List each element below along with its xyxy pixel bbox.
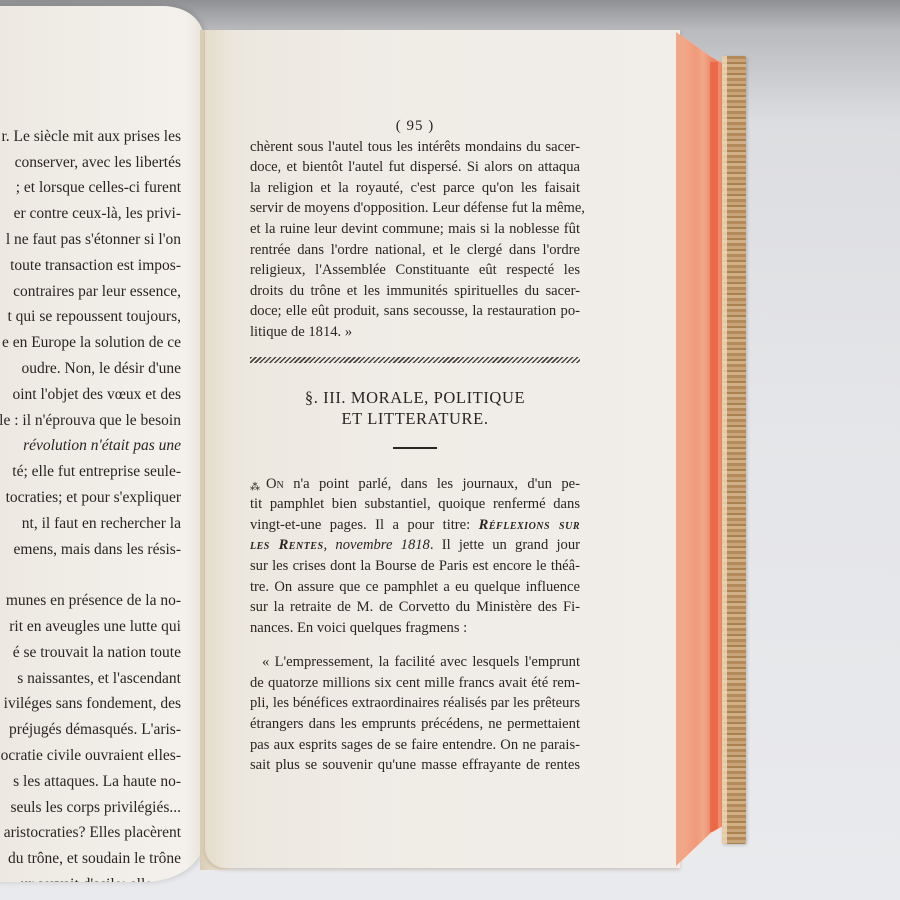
text-line: « L'empressement, la facilité avec lesqu…	[250, 652, 580, 673]
text-line: té; elle fut entreprise seule-	[0, 459, 181, 485]
short-divider-rule	[393, 447, 437, 449]
text-line: préjugés démasqués. L'aris-	[0, 717, 181, 743]
text-line: pas aux esprits sages de se faire entend…	[250, 735, 580, 756]
text-line: rentrée dans l'ordre national, et le cle…	[250, 240, 580, 261]
text-line: emens, mais dans les résis-	[0, 537, 181, 563]
text-line: sait plus se souvenir qu'une masse effra…	[250, 755, 580, 776]
text-line: rit en aveugles une lutte qui	[0, 614, 181, 640]
text-line: aristocraties? Elles placèrent	[0, 820, 181, 846]
text-line: munes en présence de la no-	[0, 588, 181, 614]
section-heading: §. III. Morale, Politique et Litterature…	[250, 387, 580, 429]
text-line: la religion et la royauté, c'est parce q…	[250, 178, 580, 199]
text-line: sur la retraite de M. de Corvetto du Min…	[250, 597, 580, 618]
text-line: seuls les corps privilégiés...	[0, 795, 181, 821]
right-page: ( 95 ) chèrent sous l'autel tous les int…	[205, 30, 680, 868]
right-page-text-block: ( 95 ) chèrent sous l'autel tous les int…	[250, 116, 580, 776]
text-line: tre. On assure que ce pamphlet a eu quel…	[250, 577, 580, 598]
text-line: nt, il faut en rechercher la	[0, 511, 181, 537]
article-paragraph: ⁂On n'a point parlé, dans les journaux, …	[250, 474, 580, 639]
left-page: 94 ) r. Le siècle mit aux prises les con…	[0, 6, 203, 882]
pamphlet-date: , novembre 1818	[324, 537, 430, 553]
text-line: droits du trône et les immunités spiritu…	[250, 281, 580, 302]
text-line-blank	[0, 562, 181, 588]
text-line: et la ruine leur devint commune; mais si…	[250, 219, 580, 240]
text-line: les Rentes, novembre 1818. Il jette un g…	[250, 535, 580, 556]
left-page-text: 94 ) r. Le siècle mit aux prises les con…	[0, 98, 181, 882]
text-line: iviléges sans fondement, des	[0, 691, 181, 717]
text-line: contraires par leur essence,	[0, 279, 181, 305]
text-line: sur les crises dont la Bourse de Paris e…	[250, 556, 580, 577]
text-line: ocratie civile ouvraient elles-	[0, 743, 181, 769]
text-line: doce, et bientôt l'autel fut dispersé. S…	[250, 157, 580, 178]
text-line: litique de 1814. »	[250, 322, 580, 343]
decorative-wavy-rule	[250, 357, 580, 363]
text-line: nances. En voici quelques fragmens :	[250, 618, 580, 639]
text-line: er contre ceux-là, les privi-	[0, 201, 181, 227]
continuation-paragraph: chèrent sous l'autel tous les intérêts m…	[250, 137, 580, 343]
text-line: ; et lorsque celles-ci furent	[0, 175, 181, 201]
text-line: doce; elle eût produit, sans secousse, l…	[250, 301, 580, 322]
quotation-paragraph: « L'empressement, la facilité avec lesqu…	[250, 652, 580, 776]
text-line: toute transaction est impos-	[0, 253, 181, 279]
text-line: servir de moyens d'opposition. Leur défe…	[250, 198, 580, 219]
text-line: oint l'objet des vœux et des	[0, 382, 181, 408]
pamphlet-title: Réflexions sur	[479, 517, 580, 533]
book-photo-scene: 94 ) r. Le siècle mit aux prises les con…	[0, 0, 900, 900]
text-line: chèrent sous l'autel tous les intérêts m…	[250, 137, 580, 158]
page-number: ( 95 )	[250, 116, 580, 137]
text-line: s les attaques. La haute no-	[0, 769, 181, 795]
text-line: conserver, avec les libertés	[0, 150, 181, 176]
text-line: de quatorze millions six cent mille fran…	[250, 673, 580, 694]
section-heading-line-2: et Litterature.	[250, 408, 580, 429]
text-line: r. Le siècle mit aux prises les	[0, 124, 181, 150]
text-line: tit pamphlet bien substantiel, quoique r…	[250, 494, 580, 515]
left-page-folio: 94 )	[0, 98, 181, 124]
text-line-italic: révolution n'était pas une	[0, 433, 181, 459]
text-line: le : il n'éprouva que le besoin	[0, 408, 181, 434]
text-line: pli, les bénéfices extraordinaires réali…	[250, 693, 580, 714]
text-line: é se trouvait la nation toute	[0, 640, 181, 666]
text-line: religieux, l'Assemblée Constituante eût …	[250, 260, 580, 281]
text-line: l ne faut pas s'étonner si l'on	[0, 227, 181, 253]
opening-word: On	[266, 476, 284, 492]
text-line: ur servait d'asile; elles ca-	[0, 872, 181, 882]
leather-binding-edge	[722, 56, 746, 844]
red-stained-page-edges	[676, 32, 726, 866]
text-line: du trône, et soudain le trône	[0, 846, 181, 872]
text-line: ⁂On n'a point parlé, dans les journaux, …	[250, 474, 580, 495]
text-line: oudre. Non, le désir d'une	[0, 356, 181, 382]
text-line: e en Europe la solution de ce	[0, 330, 181, 356]
binding-highlight	[722, 56, 727, 844]
page-edge-stripe	[710, 62, 718, 832]
asterism-icon: ⁂	[250, 483, 260, 493]
text-line: vingt-et-une pages. Il a pour titre: Réf…	[250, 515, 580, 536]
text-line: t qui se repoussent toujours,	[0, 304, 181, 330]
text-line: tocraties; et pour s'expliquer	[0, 485, 181, 511]
section-heading-line-1: §. III. Morale, Politique	[250, 387, 580, 408]
text-line: étrangers dans les emprunts précédens, n…	[250, 714, 580, 735]
text-line: s naissantes, et l'ascendant	[0, 666, 181, 692]
pamphlet-title-continued: les Rentes	[250, 537, 324, 553]
